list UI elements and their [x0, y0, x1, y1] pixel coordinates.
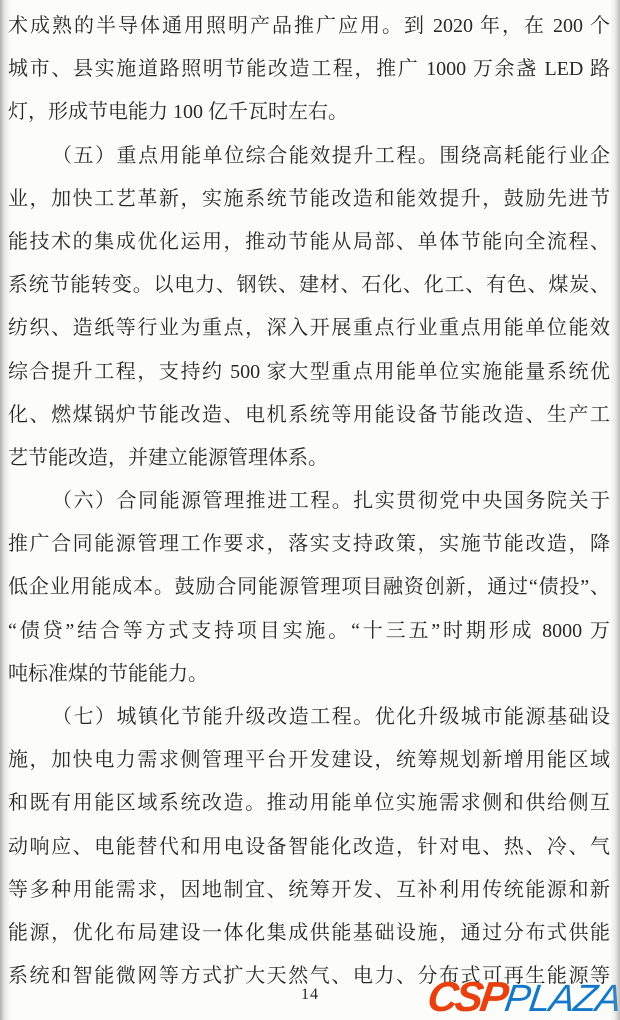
csp-plaza-logo: CSPPLAZA: [425, 976, 620, 1018]
text-line: （六）合同能源管理推进工程。扎实贯彻党中央国务院关于: [8, 480, 610, 523]
text-line: 施，加快电力需求侧管理平台开发建设，统筹规划新增用能区域: [8, 739, 610, 782]
text-line: （七）城镇化节能升级改造工程。优化升级城市能源基础设: [8, 696, 610, 739]
text-line: 能源，优化布局建设一体化集成供能基础设施，通过分布式供能: [8, 912, 610, 955]
scan-edge-right: [610, 0, 620, 1020]
text-line: 吨标准煤的节能能力。: [8, 653, 610, 696]
text-line: 推广合同能源管理工作要求，落实支持政策，实施节能改造，降: [8, 523, 610, 566]
text-line: 业，加快工艺革新，实施系统节能改造和能效提升，鼓励先进节: [8, 178, 610, 221]
logo-text-plaza: PLAZA: [502, 978, 620, 1020]
text-line: 等多种用能需求，因地制宜、统筹开发、互补利用传统能源和新: [8, 869, 610, 912]
document-page: 术成熟的半导体通用照明产品推广应用。到 2020 年，在 200 个城市、县实施…: [0, 0, 620, 1020]
text-line: 动响应、电能替代和用电设备智能化改造，针对电、热、冷、气: [8, 826, 610, 869]
text-line: 艺节能改造，并建立能源管理体系。: [8, 437, 610, 480]
text-line: 化、燃煤锅炉节能改造、电机系统等用能设备节能改造、生产工: [8, 394, 610, 437]
document-body: 术成熟的半导体通用照明产品推广应用。到 2020 年，在 200 个城市、县实施…: [8, 5, 610, 998]
logo-text-csp: CSP: [425, 973, 509, 1020]
text-line: 纺织、造纸等行业为重点，深入开展重点行业重点用能单位能效: [8, 307, 610, 350]
text-line: 术成熟的半导体通用照明产品推广应用。到 2020 年，在 200 个: [8, 5, 610, 48]
text-line: 灯，形成节电能力 100 亿千瓦时左右。: [8, 91, 610, 134]
text-line: 能技术的集成优化运用，推动节能从局部、单体节能向全流程、: [8, 221, 610, 264]
text-line: 综合提升工程，支持约 500 家大型重点用能单位实施能量系统优: [8, 351, 610, 394]
text-line: “债贷”结合等方式支持项目实施。“十三五”时期形成 8000 万: [8, 610, 610, 653]
text-line: 和既有用能区域系统改造。推动用能单位实施需求侧和供给侧互: [8, 782, 610, 825]
text-line: （五）重点用能单位综合能效提升工程。围绕高耗能行业企: [8, 135, 610, 178]
text-line: 低企业用能成本。鼓励合同能源管理项目融资创新，通过“债投”、: [8, 566, 610, 609]
text-line: 城市、县实施道路照明节能改造工程，推广 1000 万余盏 LED 路: [8, 48, 610, 91]
text-line: 系统节能转变。以电力、钢铁、建材、石化、化工、有色、煤炭、: [8, 264, 610, 307]
